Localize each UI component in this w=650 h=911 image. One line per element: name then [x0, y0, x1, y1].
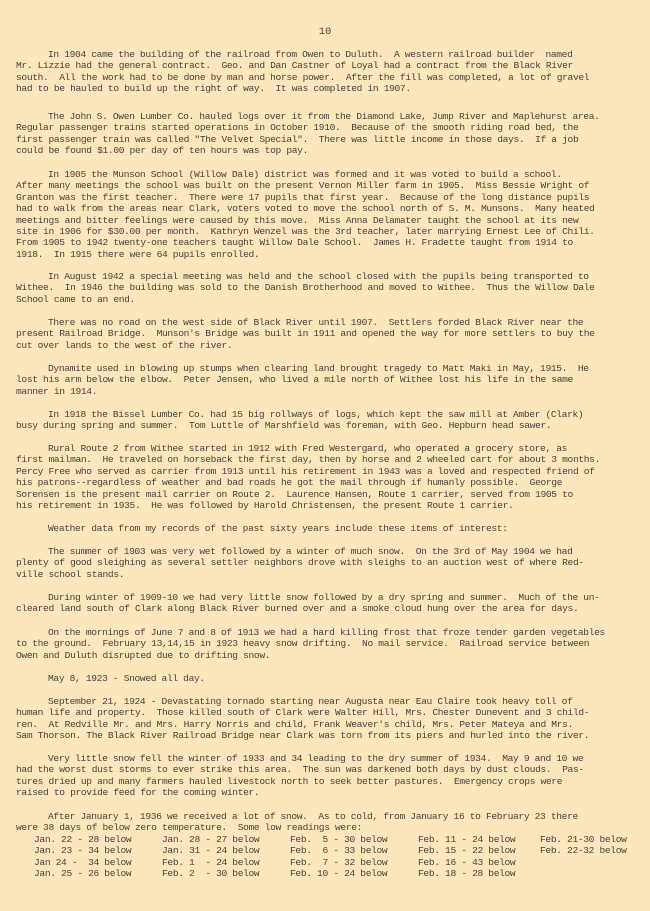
text-line: had to be hauled to build up the right o… [16, 83, 641, 94]
readings-column: Jan. 22 - 28 belowJan. 23 - 34 belowJan … [34, 834, 162, 880]
text-line: site in 1906 for $30.00 per month. Kathr… [16, 226, 641, 237]
text-line: could be found $1.00 per day of ten hour… [16, 145, 641, 156]
readings-column: Feb. 11 - 24 belowFeb. 15 - 22 belowFeb.… [418, 834, 540, 880]
text-line: busy during spring and summer. Tom Luttl… [16, 420, 641, 431]
text-line: In 1905 the Munson School (Willow Dale) … [16, 169, 641, 180]
text-line: raised to provide feed for the coming wi… [16, 787, 641, 798]
readings-column: Feb. 5 - 30 belowFeb. 6 - 33 belowFeb. 7… [290, 834, 418, 880]
text-line: 1918. In 1915 there were 64 pupils enrol… [16, 249, 641, 260]
reading-entry: Feb. 7 - 32 below [290, 857, 418, 868]
text-line: ville school stands. [16, 569, 641, 580]
text-line: May 8, 1923 - Snowed all day. [16, 673, 641, 684]
paragraph: Dynamite used in blowing up stumps when … [16, 363, 641, 397]
reading-entry: Feb. 15 - 22 below [418, 845, 540, 856]
text-line: From 1905 to 1942 twenty-one teachers ta… [16, 237, 641, 248]
text-line: Dynamite used in blowing up stumps when … [16, 363, 641, 374]
text-line: human life and property. Those killed so… [16, 707, 641, 718]
text-line: Sorensen is the present mail carrier on … [16, 489, 641, 500]
reading-entry: Jan 24 - 34 below [34, 857, 162, 868]
paragraph: September 21, 1924 - Devastating tornado… [16, 696, 641, 742]
text-line: Mr. Lizzie had the general contract. Geo… [16, 60, 641, 71]
low-temperature-readings-table: Jan. 22 - 28 belowJan. 23 - 34 belowJan … [34, 834, 644, 880]
text-line: Withee. In 1946 the building was sold to… [16, 282, 641, 293]
text-line: During winter of 1909-10 we had very lit… [16, 592, 641, 603]
text-line: Rural Route 2 from Withee started in 191… [16, 443, 641, 454]
paragraph: After January 1, 1936 we received a lot … [16, 811, 641, 834]
reading-entry: Feb. 11 - 24 below [418, 834, 540, 845]
reading-entry: Jan. 31 - 24 below [162, 845, 290, 856]
paragraph: In 1918 the Bissel Lumber Co. had 15 big… [16, 409, 641, 432]
reading-entry: Jan. 25 - 26 below [34, 868, 162, 879]
text-line: his retirement in 1935. He was followed … [16, 500, 641, 511]
text-line: The summer of 1903 was very wet followed… [16, 546, 641, 557]
readings-column: Jan. 28 - 27 belowJan. 31 - 24 belowFeb.… [162, 834, 290, 880]
paragraph: Weather data from my records of the past… [16, 523, 641, 534]
readings-column: Feb. 21-30 belowFeb. 22-32 below [540, 834, 650, 880]
text-line: had the worst dust storms to ever strike… [16, 764, 641, 775]
text-line: to the ground. February 13,14,15 in 1923… [16, 638, 641, 649]
text-line: After January 1, 1936 we received a lot … [16, 811, 641, 822]
text-line: The John S. Owen Lumber Co. hauled logs … [16, 111, 641, 122]
text-line: present Railroad Bridge. Munson's Bridge… [16, 328, 641, 339]
text-line: On the mornings of June 7 and 8 of 1913 … [16, 627, 641, 638]
paragraph: In August 1942 a special meeting was hel… [16, 271, 641, 305]
text-line: Regular passenger trains started operati… [16, 122, 641, 133]
text-line: In 1918 the Bissel Lumber Co. had 15 big… [16, 409, 641, 420]
paragraph: During winter of 1909-10 we had very lit… [16, 592, 641, 615]
text-line: In August 1942 a special meeting was hel… [16, 271, 641, 282]
paragraph: There was no road on the west side of Bl… [16, 317, 641, 351]
text-line: Very little snow fell the winter of 1933… [16, 753, 641, 764]
text-line: Weather data from my records of the past… [16, 523, 641, 534]
text-line: lost his arm below the elbow. Peter Jens… [16, 374, 641, 385]
paragraph: Rural Route 2 from Withee started in 191… [16, 443, 641, 511]
reading-entry: Jan. 22 - 28 below [34, 834, 162, 845]
text-line: Percy Free who served as carrier from 19… [16, 466, 641, 477]
text-line: School came to an end. [16, 294, 641, 305]
text-line: cleared land south of Clark along Black … [16, 603, 641, 614]
text-line: tures dried up and many farmers hauled l… [16, 776, 641, 787]
text-line: his patrons--regardless of weather and b… [16, 477, 641, 488]
reading-entry: Feb. 2 - 30 below [162, 868, 290, 879]
reading-entry: Feb. 6 - 33 below [290, 845, 418, 856]
reading-entry: Feb. 5 - 30 below [290, 834, 418, 845]
document-page: 10 In 1904 came the building of the rail… [0, 0, 650, 911]
text-line: ren. At Redville Mr. and Mrs. Harry Norr… [16, 719, 641, 730]
text-line: After many meetings the school was built… [16, 180, 641, 191]
text-line: south. All the work had to be done by ma… [16, 72, 641, 83]
reading-entry: Feb. 22-32 below [540, 845, 650, 856]
text-line: meetings and bitter feelings were caused… [16, 215, 641, 226]
text-line: had to walk from the areas near Clark, v… [16, 203, 641, 214]
reading-entry: Feb. 1 - 24 below [162, 857, 290, 868]
paragraph: Very little snow fell the winter of 1933… [16, 753, 641, 799]
paragraph: May 8, 1923 - Snowed all day. [16, 673, 641, 684]
paragraph: The John S. Owen Lumber Co. hauled logs … [16, 111, 641, 157]
reading-entry: Feb. 18 - 28 below [418, 868, 540, 879]
reading-entry: Jan. 28 - 27 below [162, 834, 290, 845]
paragraph: The summer of 1903 was very wet followed… [16, 546, 641, 580]
text-line: Owen and Duluth disrupted due to driftin… [16, 650, 641, 661]
text-line: first passenger train was called "The Ve… [16, 134, 641, 145]
text-line: were 38 days of below zero temperature. … [16, 822, 641, 833]
paragraph: In 1904 came the building of the railroa… [16, 49, 641, 95]
text-line: Granton was the first teacher. There wer… [16, 192, 641, 203]
text-line: manner in 1914. [16, 386, 641, 397]
text-line: There was no road on the west side of Bl… [16, 317, 641, 328]
text-line: cut over lands to the west of the river. [16, 340, 641, 351]
paragraph: In 1905 the Munson School (Willow Dale) … [16, 169, 641, 260]
text-line: In 1904 came the building of the railroa… [16, 49, 641, 60]
text-line: Sam Thorson. The Black River Railroad Br… [16, 730, 641, 741]
page-number: 10 [0, 26, 650, 38]
paragraph: On the mornings of June 7 and 8 of 1913 … [16, 627, 641, 661]
reading-entry: Jan. 23 - 34 below [34, 845, 162, 856]
reading-entry: Feb. 21-30 below [540, 834, 650, 845]
reading-entry: Feb. 16 - 43 below [418, 857, 540, 868]
text-line: September 21, 1924 - Devastating tornado… [16, 696, 641, 707]
text-line: first mailman. He traveled on horseback … [16, 454, 641, 465]
text-line: plenty of good sleighing as several sett… [16, 557, 641, 568]
reading-entry: Feb. 10 - 24 below [290, 868, 418, 879]
